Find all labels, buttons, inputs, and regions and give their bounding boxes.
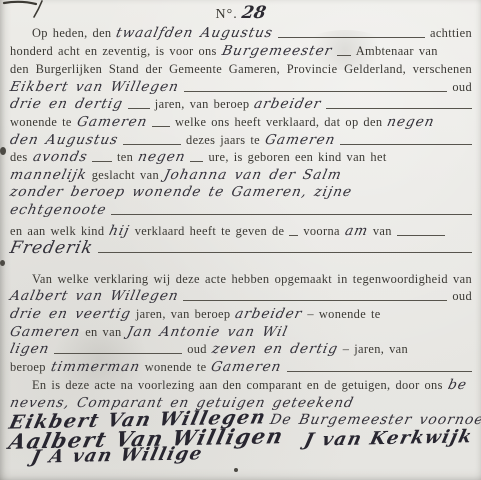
printed-text: verklaard heeft te geven de [135, 224, 285, 240]
line-voornaam: en aan welk kindhijverklaard heeft te ge… [10, 224, 472, 240]
handwritten-text: Gameren [75, 115, 149, 131]
line-op-heden: Op heden, dentwaalfden Augustusachttien [10, 26, 472, 42]
printed-text: geslacht van [92, 168, 159, 184]
record-number: N°. 28 [0, 0, 481, 24]
printed-text: en van [85, 325, 121, 341]
line-getuige2-beroep: beroeptimmermanwonende teGameren [10, 360, 472, 376]
handwritten-text: Burgemeester [220, 44, 333, 60]
printed-text: welke ons heeft verklaard, dat op den [175, 115, 382, 131]
printed-text: jaren, van beroep [155, 97, 250, 113]
handwritten-text: arbeider [253, 97, 323, 113]
blank-rule [326, 106, 472, 109]
blank-rule [183, 298, 447, 301]
handwritten-text: Jan Antonie van Wil [125, 325, 289, 341]
record-number-label: N°. [216, 7, 238, 22]
blank-rule [111, 212, 472, 215]
handwritten-text: am [343, 224, 369, 240]
handwritten-text: Gameren [8, 325, 82, 341]
line-kindnaam: Frederik [10, 241, 472, 257]
signature-row-2: Aalbert Van WilligenJ van Kerkwijk [10, 431, 472, 447]
blank-rule [190, 159, 203, 162]
blank-rule [152, 124, 170, 127]
blank-rule [54, 351, 182, 354]
ink-speck [0, 147, 6, 155]
handwritten-text: twaalfden Augustus [115, 26, 275, 42]
printed-text: Van welke verklaring wij deze acte hebbe… [32, 272, 472, 286]
handwritten-text: hij [108, 224, 132, 240]
handwritten-text: negen [386, 115, 437, 131]
line-getuige1-naam: Aalbert van Willegenoud [10, 289, 472, 305]
ink-speck [0, 260, 5, 266]
blank-rule [123, 142, 181, 145]
printed-text: wonende te [145, 360, 207, 376]
blank-rule [340, 142, 472, 145]
printed-text: Ambtenaar van [356, 44, 438, 60]
line-verklaring: Van welke verklaring wij deze acte hebbe… [10, 271, 472, 288]
line-gemeente: den Burgerlijken Stand der Gemeente Game… [10, 61, 472, 78]
printed-text: – jaren, van [343, 342, 408, 358]
blank-rule [278, 35, 425, 38]
handwritten-text: avonds [31, 150, 89, 166]
printed-text: En is deze acte na voorlezing aan den co… [32, 378, 443, 394]
printed-text: achttien [430, 26, 472, 42]
handwritten-text: arbeider [234, 307, 304, 323]
handwritten-text: drie en dertig [8, 97, 124, 113]
line-moeder-beroep: zonder beroep wonende te Gameren, zijne [10, 185, 472, 201]
blank-rule [397, 233, 445, 236]
signature-row-3: J A van Willige [10, 448, 472, 464]
printed-text: des [10, 150, 28, 166]
line-echtgenoote: echtgenoote [10, 203, 472, 219]
handwritten-text: Frederik [8, 241, 94, 257]
line-geboortetijd: desavondstennegenure, is geboren een kin… [10, 150, 472, 166]
document-body: Op heden, dentwaalfden Augustusachttienh… [10, 24, 472, 463]
signature-text: J van Kerkwijk [303, 429, 475, 448]
printed-text: van [373, 224, 392, 240]
signature-text: J A van Willige [30, 446, 205, 465]
printed-text: – wonende te [307, 307, 380, 323]
blank-rule [184, 89, 448, 92]
printed-text: ure, is geboren een kind van het [208, 150, 386, 166]
handwritten-text: zonder beroep wonende te Gameren, zijne [8, 185, 353, 201]
handwritten-text: mannelijk [8, 168, 88, 184]
printed-text: beroep [10, 360, 46, 376]
printed-text: oud [187, 342, 207, 358]
ink-speck [234, 468, 238, 472]
blank-rule [337, 53, 351, 56]
line-getuige2-naam: Gamerenen vanJan Antonie van Wil [10, 325, 472, 341]
line-aangever-naam: Eikbert van Willegenoud [10, 80, 472, 96]
document-page: N°. 28 Op heden, dentwaalfden Augustusac… [0, 0, 481, 480]
printed-text: wonende te [10, 115, 72, 131]
blank-rule [128, 106, 150, 109]
blank-rule [98, 250, 472, 253]
handwritten-text: ligen [8, 342, 51, 358]
printed-text: en aan welk kind [10, 224, 104, 240]
handwritten-text: Gameren [263, 133, 337, 149]
line-geboortedag: den Augustusdezes jaars teGameren [10, 133, 472, 149]
line-getuige2-leeftijd: ligenoudzeven en dertig– jaren, van [10, 342, 472, 358]
blank-rule [287, 369, 472, 372]
printed-text: ten [117, 150, 133, 166]
handwritten-text: Gameren [210, 360, 284, 376]
line-aangever-leeftijd: drie en dertigjaren, van beroeparbeider [10, 97, 472, 113]
printed-text: dezes jaars te [186, 133, 260, 149]
line-aangever-woonplaats: wonende teGamerenwelke ons heeft verklaa… [10, 115, 472, 131]
line-getuige1-leeftijd: drie en veertigjaren, van beroeparbeider… [10, 307, 472, 323]
printed-text: voorna [303, 224, 340, 240]
handwritten-text: Aalbert van Willegen [8, 289, 180, 305]
printed-text: honderd acht en zeventig, is voor ons [10, 44, 217, 60]
line-jaar: honderd acht en zeventig, is voor onsBur… [10, 44, 472, 60]
handwritten-text: negen [137, 150, 188, 166]
blank-rule [92, 159, 112, 162]
line-geslacht-moeder: mannelijkgeslacht vanJohanna van der Sal… [10, 168, 472, 184]
printed-text: oud [452, 80, 472, 96]
printed-text: jaren, van beroep [136, 307, 231, 323]
handwritten-text: den Augustus [8, 133, 119, 149]
handwritten-text: zeven en dertig [210, 342, 339, 358]
handwritten-text: be [446, 378, 468, 394]
blank-rule [289, 233, 298, 236]
line-voorlezing: En is deze acte na voorlezing aan den co… [10, 378, 472, 394]
handwritten-text: echtgenoote [8, 203, 108, 219]
printed-text: Op heden, den [32, 26, 111, 42]
handwritten-text: Eikbert van Willegen [8, 80, 180, 96]
handwritten-text: timmerman [49, 360, 141, 376]
printed-text: den Burgerlijken Stand der Gemeente Game… [10, 62, 472, 76]
record-number-value: 28 [240, 3, 267, 23]
printed-text: oud [452, 289, 472, 305]
handwritten-text: Johanna van der Salm [162, 168, 343, 184]
handwritten-text: drie en veertig [8, 307, 132, 323]
